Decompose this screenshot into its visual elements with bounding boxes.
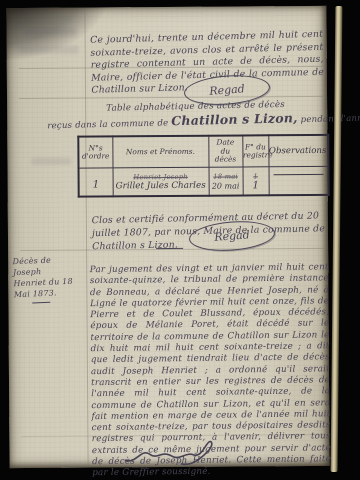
cell-folio: 1 1 <box>243 167 269 196</box>
subtitle-prefix: reçus dans la commune de <box>47 118 168 131</box>
cell-observations <box>269 166 329 195</box>
margin-rule <box>84 8 88 468</box>
registry-scan: Ce jourd'hui, trente un décembre mil hui… <box>0 0 360 480</box>
ink-bleed-ghost <box>19 46 79 54</box>
margin-note-line: Mai 1873. <box>14 288 57 299</box>
struck-name: Henriet Joseph <box>113 172 208 182</box>
margin-note-line: Décès de Joseph <box>12 256 51 278</box>
section-divider-dash <box>156 248 183 249</box>
entry-folio: 1 <box>243 181 268 190</box>
cell-order: 1 <box>79 168 113 197</box>
margin-note: Décès de Joseph Henriet du 18 Mai 1873. <box>12 253 80 304</box>
cell-names: Henriet Joseph Grillet Jules Charles <box>113 167 209 196</box>
header-names: Noms et Prénoms. <box>112 136 208 168</box>
cell-date: 18 mai 20 mai <box>209 167 243 196</box>
table-header-row: N°s d'ordre Noms et Prénoms. Date du déc… <box>78 135 328 168</box>
entry-date: 20 mai <box>209 181 242 190</box>
registry-page: Ce jourd'hui, trente un décembre mil hui… <box>6 6 329 468</box>
header-folio: F° du registre <box>242 135 268 167</box>
subtitle-commune: Chatillon s Lizon, <box>171 110 298 128</box>
margin-note-line: Henriet du 18 <box>13 277 73 288</box>
struck-date: 18 mai <box>209 172 242 181</box>
header-observations: Observations. <box>268 135 328 167</box>
ruled-line <box>19 96 323 99</box>
table-row: 1 Henriet Joseph Grillet Jules Charles 1… <box>79 166 329 196</box>
struck-folio: 1 <box>243 172 268 181</box>
subtitle-year: pendant l'année 1873 <box>300 113 360 125</box>
header-date: Date du décès <box>208 135 242 167</box>
signature-text: Regad <box>209 82 245 98</box>
header-order: N°s d'ordre <box>78 136 112 168</box>
observations-dash <box>273 174 323 175</box>
deaths-table: N°s d'ordre Noms et Prénoms. Date du déc… <box>77 134 329 198</box>
signature-text: Regad <box>214 228 250 244</box>
ink-bleed-ghost <box>31 158 71 165</box>
margin-note-dash <box>32 302 50 304</box>
table-subtitle: reçus dans la commune de Chatillon s Liz… <box>47 109 331 131</box>
entry-name: Grillet Jules Charles <box>113 181 208 191</box>
ink-bleed-ghost <box>25 28 77 36</box>
clerk-signature-flourish <box>121 440 221 469</box>
next-page-edge <box>331 6 343 472</box>
